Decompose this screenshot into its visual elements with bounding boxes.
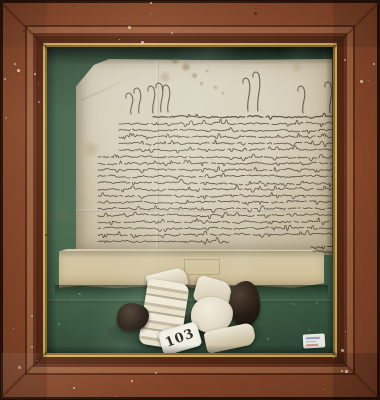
paint-speck	[171, 32, 173, 34]
paint-speck	[119, 39, 120, 40]
wood-pit	[1, 276, 3, 278]
wood-pit	[23, 30, 25, 32]
wood-pit	[74, 6, 75, 7]
paint-speck	[360, 80, 363, 83]
paint-speck	[4, 78, 6, 80]
paint-speck	[345, 331, 346, 332]
paint-speck	[324, 389, 325, 390]
paint-speck	[31, 346, 33, 348]
wood-pit	[299, 378, 300, 379]
wood-pit	[307, 8, 308, 9]
paint-speck	[115, 396, 116, 397]
paint-speck	[17, 69, 20, 72]
paint-speck	[13, 328, 14, 329]
paint-speck	[155, 372, 157, 374]
frame-mitre-joint	[332, 351, 379, 398]
paint-speck	[151, 13, 152, 14]
glass-haze	[47, 47, 335, 355]
paint-speck	[128, 26, 131, 29]
paint-speck	[121, 18, 122, 19]
framed-manuscript-photo: 103	[0, 0, 380, 400]
paint-speck	[341, 370, 343, 372]
paint-speck	[73, 387, 75, 389]
paint-speck	[131, 380, 133, 382]
paint-speck	[344, 59, 346, 61]
paint-speck	[38, 101, 40, 103]
frame-mitre-joint	[1, 2, 48, 49]
paint-speck	[141, 41, 144, 44]
wood-pit	[254, 12, 257, 15]
glazing-area: 103	[47, 47, 335, 355]
paint-speck	[345, 370, 348, 373]
frame-shading	[1, 1, 379, 47]
paint-speck	[341, 349, 344, 352]
paint-speck	[18, 366, 21, 369]
frame-shading	[333, 1, 379, 399]
paint-speck	[368, 80, 369, 81]
paint-speck	[37, 360, 38, 361]
paint-speck	[19, 77, 20, 78]
frame-shading	[1, 353, 379, 399]
frame-shading	[1, 1, 47, 399]
paint-speck	[333, 357, 334, 358]
paint-speck	[5, 117, 7, 119]
frame-mitre-joint	[1, 351, 48, 398]
paint-speck	[14, 63, 16, 65]
paint-speck	[34, 73, 36, 75]
paint-speck	[31, 315, 33, 317]
paint-speck	[373, 63, 375, 65]
paint-speck	[38, 83, 39, 84]
frame-mitre-joint	[332, 2, 379, 49]
paint-speck	[150, 2, 152, 4]
